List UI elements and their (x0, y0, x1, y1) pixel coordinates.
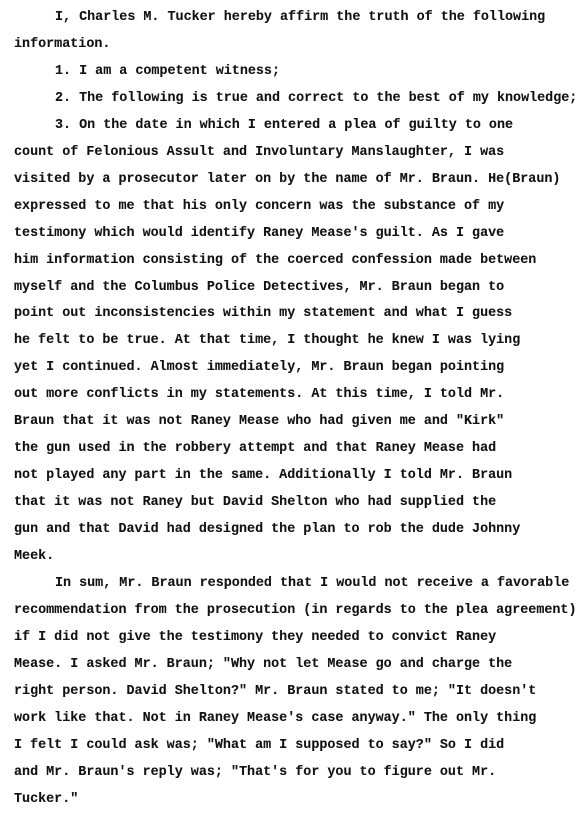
document-line: expressed to me that his only concern wa… (14, 199, 504, 215)
document-line: 1. I am a competent witness; (55, 64, 280, 80)
document-line: Mease. I asked Mr. Braun; "Why not let M… (14, 657, 512, 673)
document-line: I felt I could ask was; "What am I suppo… (14, 738, 504, 754)
document-line: Braun that it was not Raney Mease who ha… (14, 414, 504, 430)
document-line: not played any part in the same. Additio… (14, 468, 512, 484)
document-line: I, Charles M. Tucker hereby affirm the t… (55, 10, 545, 26)
document-line: 3. On the date in which I entered a plea… (55, 118, 513, 134)
document-line: work like that. Not in Raney Mease's cas… (14, 711, 536, 727)
document-line: Tucker." (14, 792, 78, 808)
document-line: In sum, Mr. Braun responded that I would… (55, 576, 569, 592)
document-line: visited by a prosecutor later on by the … (14, 172, 560, 188)
document-line: out more conflicts in my statements. At … (14, 387, 504, 403)
document-line: him information consisting of the coerce… (14, 253, 536, 269)
document-line: testimony which would identify Raney Mea… (14, 226, 504, 242)
document-line: gun and that David had designed the plan… (14, 522, 520, 538)
document-line: the gun used in the robbery attempt and … (14, 441, 496, 457)
document-line: Meek. (14, 549, 54, 565)
document-line: point out inconsistencies within my stat… (14, 306, 512, 322)
document-line: count of Felonious Assult and Involuntar… (14, 145, 504, 161)
document-line: he felt to be true. At that time, I thou… (14, 333, 520, 349)
document-line: and Mr. Braun's reply was; "That's for y… (14, 765, 496, 781)
document-line: information. (14, 37, 110, 53)
document-line: right person. David Shelton?" Mr. Braun … (14, 684, 536, 700)
document-line: that it was not Raney but David Shelton … (14, 495, 496, 511)
document-line: 2. The following is true and correct to … (55, 91, 577, 107)
affidavit-page: I, Charles M. Tucker hereby affirm the t… (0, 0, 584, 817)
document-line: myself and the Columbus Police Detective… (14, 280, 504, 296)
document-line: if I did not give the testimony they nee… (14, 630, 496, 646)
document-line: yet I continued. Almost immediately, Mr.… (14, 360, 504, 376)
document-line: recommendation from the prosecution (in … (14, 603, 577, 619)
